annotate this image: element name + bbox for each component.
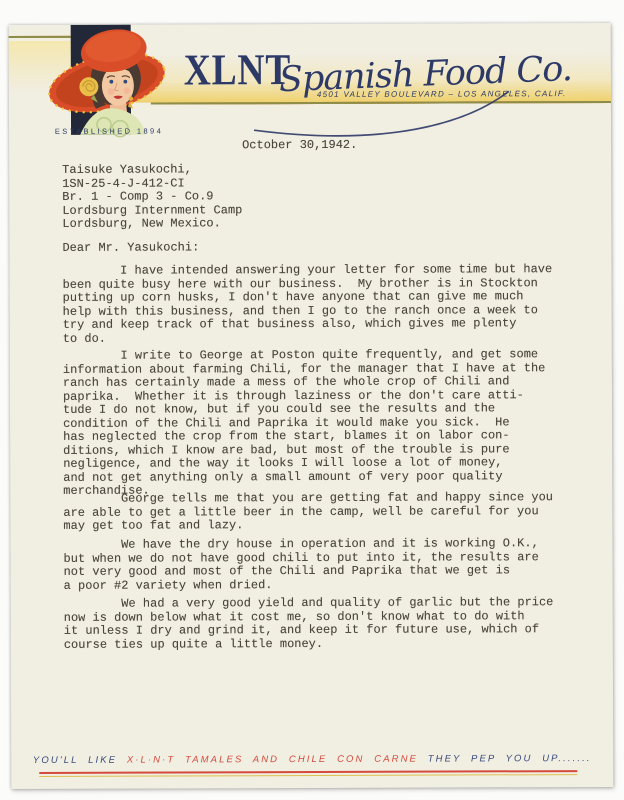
footer-slogan-lead: YOU'LL LIKE bbox=[33, 755, 117, 766]
footer-gold-rule bbox=[39, 774, 577, 777]
letter-paragraph: We had a very good yield and quality of … bbox=[64, 596, 554, 652]
letter-paper: XLNT Spanish Food Co. 4501 VALLEY BOULEV… bbox=[9, 23, 614, 789]
footer-slogan-tagline: THEY PEP YOU UP....... bbox=[428, 753, 592, 765]
footer-slogan: YOU'LL LIKE X·L·N·T TAMALES AND CHILE CO… bbox=[11, 753, 613, 766]
footer-red-rule bbox=[39, 770, 577, 773]
letter-paragraph: We have the dry house in operation and i… bbox=[63, 537, 538, 593]
letter-date: October 30,1942. bbox=[242, 139, 357, 153]
established-text: ESTABLISHED 1894 bbox=[44, 126, 174, 135]
brand-wordmark: XLNT bbox=[184, 48, 291, 92]
footer-slogan-products: X·L·N·T TAMALES AND CHILE CON CARNE bbox=[127, 754, 418, 766]
salutation: Dear Mr. Yasukochi: bbox=[62, 241, 199, 255]
letter-paragraph: I have intended answering your letter fo… bbox=[63, 263, 553, 346]
letter-paragraph: I write to George at Poston quite freque… bbox=[63, 348, 546, 498]
company-address-line: 4501 VALLEY BOULEVARD – LOS ANGELES, CAL… bbox=[317, 89, 567, 99]
recipient-address-block: Taisuke Yasukochi, 1SN-25-4-J-412-CI Br.… bbox=[62, 163, 242, 231]
letter-paragraph: George tells me that you are getting fat… bbox=[63, 491, 553, 533]
